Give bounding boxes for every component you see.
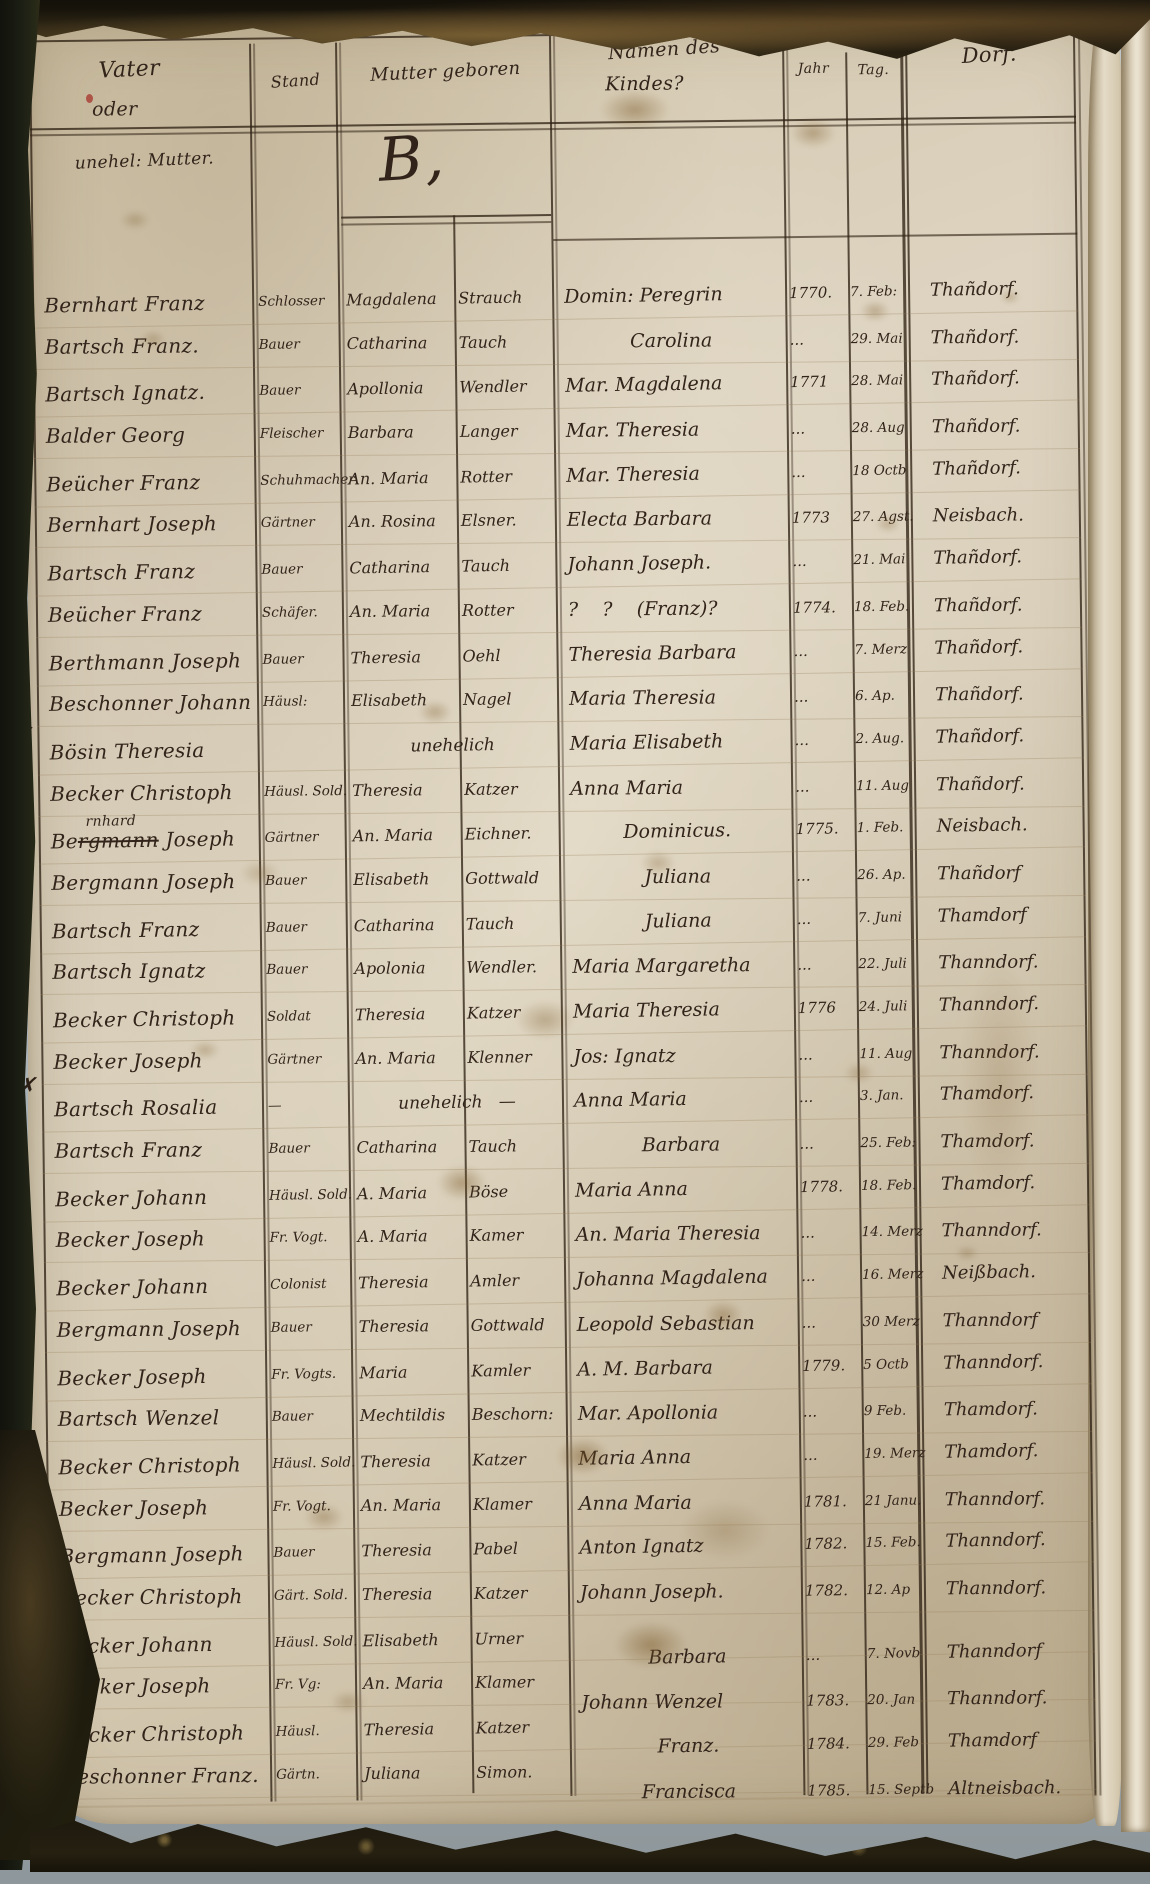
cell-birth-day: 22. Juli xyxy=(856,956,914,973)
cell-village: Thamdorf. xyxy=(917,1171,1089,1195)
cell-child-name: Theresia Barbara xyxy=(558,639,791,665)
cell-village: Thanndorf. xyxy=(921,1529,1093,1553)
cell-child-name: Mar. Theresia xyxy=(556,418,789,442)
cell-birth-year: ... xyxy=(795,955,856,974)
column-header-birth-year: Jahr xyxy=(783,60,843,77)
cell-child-name: Maria Anna xyxy=(568,1444,801,1470)
cell-mother-maidenname: Rotter xyxy=(456,466,556,487)
cell-birth-year: 1776 xyxy=(796,998,857,1017)
column-header-child-2: Kindes? xyxy=(554,72,734,96)
cell-mother-firstname: An. Maria xyxy=(342,468,456,489)
cell-father-name: Bartsch Franz. xyxy=(33,332,255,358)
cell-birth-year: ... xyxy=(789,419,850,438)
cell-birth-day: 24. Juli xyxy=(857,998,915,1015)
cell-birth-year: 1775. xyxy=(794,819,855,838)
cell-mother-maidenname: Eichner. xyxy=(461,824,561,845)
cell-occupation: Bauer xyxy=(267,1319,353,1336)
cell-birth-day: 14. Merz xyxy=(860,1224,918,1241)
cell-village: Neißbach. xyxy=(918,1261,1090,1285)
cell-mother-firstname: An. Maria xyxy=(349,1048,463,1068)
cell-child-name: A. M. Barbara xyxy=(567,1354,800,1380)
cell-mother-firstname: Theresia xyxy=(353,1316,467,1336)
cell-birth-day: 5 Octb xyxy=(861,1355,919,1372)
cell-occupation: Bauer xyxy=(255,336,341,353)
cell-mother-maidenname: Oehl xyxy=(458,645,558,666)
cell-child-name: Johanna Magdalena xyxy=(566,1265,799,1291)
cell-birth-day: 26. Ap. xyxy=(855,866,913,883)
cell-occupation: Bauer xyxy=(269,1544,355,1561)
cell-child-name: Johann Joseph. xyxy=(557,550,790,576)
cell-birth-year: ... xyxy=(799,1223,860,1242)
cell-occupation: Soldat xyxy=(263,1007,349,1024)
cell-mother-maidenname: Tauch xyxy=(462,913,562,934)
cell-mother-firstname: Elisabeth xyxy=(347,869,461,889)
struck-text: rgmann xyxy=(78,828,159,853)
cell-mother-maidenname: Gottwald xyxy=(467,1315,567,1335)
cell-mother-firstname: Theresia xyxy=(344,647,458,668)
cell-birth-day: 3. Jan. xyxy=(858,1087,916,1104)
cell-birth-year: 1785. xyxy=(805,1781,866,1800)
cell-child-name: Anna Maria xyxy=(569,1490,802,1514)
cell-mother-firstname: An. Maria xyxy=(344,601,458,621)
cell-child-name: An. Maria Theresia xyxy=(566,1222,799,1246)
cell-birth-year: ... xyxy=(792,687,853,706)
cell-father-name: Berthmann Joseph xyxy=(36,647,258,675)
cell-birth-day: 21. Mai xyxy=(851,551,909,568)
cell-mother-maidenname: Katzer xyxy=(463,1002,563,1023)
cell-mother-firstname: A. Maria xyxy=(352,1227,466,1247)
cell-birth-year: ... xyxy=(797,1087,858,1106)
red-ink-speck xyxy=(86,94,93,103)
cell-mother-firstname: Catharina xyxy=(348,915,462,936)
cell-child-name: Juliana xyxy=(562,908,795,934)
correction-text: rnhard xyxy=(85,813,136,830)
cell-occupation: Gärtn. xyxy=(272,1765,358,1782)
cell-birth-day: 12. Ap xyxy=(864,1581,922,1598)
cell-occupation: Bauer xyxy=(261,872,347,889)
cell-birth-year: ... xyxy=(797,1134,858,1153)
cell-mother-firstname: Magdalena xyxy=(340,289,454,310)
cell-birth-year: ... xyxy=(794,866,855,885)
cell-child-name: Francisca xyxy=(572,1779,805,1803)
cell-father-name: Becker Joseph xyxy=(41,1047,263,1073)
cell-birth-day: 18. Feb. xyxy=(852,598,910,615)
cell-occupation: Bauer xyxy=(258,650,344,667)
cell-birth-year: ... xyxy=(795,909,856,928)
cell-birth-day: 9 Feb. xyxy=(862,1403,920,1420)
cell-mother-maidenname: Klenner xyxy=(463,1047,563,1067)
cell-occupation: Häusl. Sold. xyxy=(260,782,346,799)
cell-mother-maidenname: Tauch xyxy=(464,1136,564,1156)
cell-birth-year: ... xyxy=(791,640,852,659)
cell-mother-maidenname: Katzer xyxy=(460,779,560,799)
cell-village: Thañdorf. xyxy=(908,456,1080,480)
cell-village: Thanndorf. xyxy=(914,952,1086,975)
cell-birth-day: 19. Merz xyxy=(862,1445,920,1462)
cell-mother-firstname: An. Maria xyxy=(357,1674,471,1694)
cell-father-name: Beücher Franz xyxy=(34,469,256,497)
cell-village: Thañdorf. xyxy=(908,415,1080,438)
cell-father-name: Bartsch Wenzel xyxy=(46,1405,268,1431)
cell-mother-maidenname: Simon. xyxy=(472,1762,572,1782)
cell-mother-maidenname: Tauch xyxy=(455,332,555,352)
cell-occupation: Häusl. Sold. xyxy=(270,1633,356,1650)
cell-occupation: Gärt. Sold. xyxy=(270,1587,356,1604)
cell-occupation: Häusl: xyxy=(259,693,345,710)
cell-father-name: Becker Johann xyxy=(43,1184,265,1212)
cell-mother-firstname: Theresia xyxy=(346,780,460,800)
cell-birth-day: 6. Ap. xyxy=(853,688,911,705)
cell-mother-maidenname: Kamler xyxy=(467,1360,567,1381)
cell-birth-year: 1774. xyxy=(791,598,852,617)
cell-occupation: Fr. Vogt. xyxy=(269,1497,355,1514)
cell-village: Thamdorf. xyxy=(920,1398,1092,1421)
cell-child-name: Maria Theresia xyxy=(563,997,796,1023)
cell-occupation: Bauer xyxy=(257,561,343,578)
table-rule xyxy=(553,233,1077,241)
cell-occupation: Häusl. Sold. xyxy=(268,1454,354,1471)
cell-birth-day: 7. Feb: xyxy=(848,283,906,300)
register-sheet: Vater oder unehel: Mutter. Stand Mutter … xyxy=(0,0,1150,1884)
cell-mother-firstname: An. Rosina xyxy=(343,512,457,532)
cell-village: Thañdorf. xyxy=(912,773,1084,796)
cell-village: Thañdorf. xyxy=(907,326,1079,349)
cell-village: Thamdorf xyxy=(914,903,1086,927)
cell-birth-year: ... xyxy=(789,462,850,481)
cell-birth-day: 18 Octb xyxy=(850,462,908,479)
cell-occupation: Bauer xyxy=(255,382,341,399)
cell-mother-maidenname: Pabel xyxy=(469,1539,569,1560)
cell-occupation: — xyxy=(264,1097,350,1114)
cell-child-name: Domin: Peregrin xyxy=(554,282,787,308)
cell-mother-firstname: Apollonia xyxy=(341,378,455,399)
cell-child-name: Juliana xyxy=(561,865,794,889)
cell-mother-firstname: Theresia xyxy=(349,1004,463,1025)
cell-village: Thañdorf. xyxy=(910,635,1082,659)
cell-birth-day: 27. Agst. xyxy=(851,509,909,526)
cell-occupation: Colonist xyxy=(266,1275,352,1292)
cell-child-name: Anna Maria xyxy=(564,1086,797,1112)
cell-birth-day: 1. Feb. xyxy=(855,819,913,836)
cell-mother-firstname: An. Maria xyxy=(347,825,461,846)
cell-village: Thanndorf xyxy=(919,1309,1091,1332)
cell-occupation: Schäfer. xyxy=(258,604,344,621)
cell-occupation: Bauer xyxy=(262,918,348,935)
cell-birth-day: 7. Juni xyxy=(856,909,914,926)
cell-child-name: Barbara xyxy=(564,1133,797,1157)
table-row: Beschonner Franz.Gärtn.JulianaSimon.Fran… xyxy=(50,1745,1096,1800)
cell-birth-day: 11. Aug xyxy=(854,777,912,794)
cell-birth-day: 18. Feb. xyxy=(859,1177,917,1194)
cell-father-name: Bergmann Joseph xyxy=(45,1315,267,1341)
cell-child-name: Maria Margaretha xyxy=(562,954,795,978)
cell-mother-maidenname: Katzer xyxy=(468,1449,568,1470)
cell-birth-year: 1781. xyxy=(802,1492,863,1511)
cell-father-name: Bartsch Franz xyxy=(40,915,262,943)
cell-village: Thanndorf. xyxy=(915,1041,1087,1064)
cell-child-name: Leopold Sebastian xyxy=(567,1311,800,1335)
cell-child-name: Anna Maria xyxy=(560,775,793,799)
cell-mother-firstname: Elisabeth xyxy=(345,690,459,710)
cell-mother-firstname: An. Maria xyxy=(355,1495,469,1515)
cell-child-name: Electa Barbara xyxy=(557,507,790,531)
cell-birth-year: 1771 xyxy=(788,372,849,391)
cell-mother-firstname: Juliana xyxy=(358,1763,472,1783)
cell-occupation: Gärtner xyxy=(263,1051,349,1068)
cell-birth-day: 16. Merz xyxy=(860,1266,918,1283)
cell-birth-day: 11. Aug xyxy=(857,1045,915,1062)
cell-birth-year: ... xyxy=(800,1313,861,1332)
cell-child-name: Maria Elisabeth xyxy=(559,729,792,755)
cell-mother-firstname: Catharina xyxy=(343,557,457,578)
cell-mother-firstname: Catharina xyxy=(341,333,455,353)
cell-father-name: Becker Johann xyxy=(44,1273,266,1301)
cell-village: Thañdorf. xyxy=(911,683,1083,706)
cell-village: Thanndorf. xyxy=(919,1350,1091,1374)
cell-father-name: Beücher Franz xyxy=(36,601,258,627)
cell-father-name: Bernhardrgmann Joseph xyxy=(39,826,261,854)
cell-birth-year: ... xyxy=(793,777,854,796)
cell-village: Thañdorf. xyxy=(906,278,1078,302)
cell-child-name: Anton Ignatz xyxy=(569,1533,802,1559)
cell-birth-year: ... xyxy=(801,1445,862,1464)
cell-occupation xyxy=(260,747,346,748)
cell-village: Thañdorf. xyxy=(907,367,1079,391)
cell-mother-firstname: Maria xyxy=(353,1361,467,1382)
section-letter-b: B, xyxy=(376,122,448,196)
cell-mother-unwed-note: unehelich — xyxy=(350,1091,564,1115)
cell-father-name: Becker Christoph xyxy=(48,1584,270,1610)
cell-birth-day: 25. Feb: xyxy=(858,1134,916,1151)
cell-village: Thañdorf xyxy=(913,862,1085,885)
cell-father-name: Bartsch Franz xyxy=(42,1137,264,1163)
cell-mother-maidenname: Tauch xyxy=(457,555,557,576)
cell-mother-firstname: Catharina xyxy=(350,1137,464,1157)
cell-mother-firstname: Apolonia xyxy=(348,959,462,979)
cell-mother-maidenname: Katzer xyxy=(471,1717,571,1738)
cell-father-name: Becker Christoph xyxy=(46,1452,268,1480)
cell-mother-maidenname: Wendler. xyxy=(462,958,562,978)
cell-father-name: Balder Georg xyxy=(34,422,256,448)
cell-mother-maidenname: Klamer xyxy=(469,1494,569,1514)
cell-father-name: Bösin Theresia xyxy=(37,737,259,765)
cell-child-name: Johann Joseph. xyxy=(570,1579,803,1603)
cell-village: Neisbach. xyxy=(912,814,1084,838)
column-header-unwed-mother: unehel: Mutter. xyxy=(34,147,255,175)
scanned-register-page: Vater oder unehel: Mutter. Stand Mutter … xyxy=(0,0,1150,1884)
cell-mother-maidenname: Kamer xyxy=(466,1226,566,1246)
cell-mother-maidenname: Katzer xyxy=(470,1583,570,1603)
register-table-body: Bernhart FranzSchlosserMagdalenaStrauchD… xyxy=(32,269,1096,1801)
cell-mother-firstname: Theresia xyxy=(357,1719,471,1740)
cell-mother-firstname: Theresia xyxy=(352,1272,466,1293)
cell-mother-firstname: Mechtildis xyxy=(354,1405,468,1425)
cell-birth-year: 1770. xyxy=(787,283,848,302)
cell-village: Thañdorf. xyxy=(910,594,1082,617)
cell-occupation: Häusl. xyxy=(272,1722,358,1739)
cell-mother-maidenname: Rotter xyxy=(458,600,558,620)
cell-birth-year: ... xyxy=(799,1266,860,1285)
cell-birth-year: 1773 xyxy=(790,508,851,527)
cell-father-name: Bergmann Joseph xyxy=(39,869,261,895)
cell-father-name: Beschonner Johann xyxy=(37,690,259,716)
cell-mother-unwed-note: unehelich xyxy=(345,734,559,758)
cell-mother-firstname: Theresia xyxy=(355,1540,469,1561)
cell-occupation: Fr. Vg: xyxy=(271,1676,357,1693)
cell-occupation: Bauer xyxy=(268,1408,354,1425)
cell-occupation: Häusl. Sold. xyxy=(265,1186,351,1203)
cell-occupation: Bauer xyxy=(264,1140,350,1157)
cell-child-name: Mar. Magdalena xyxy=(555,371,788,397)
cell-village: Thanndorf. xyxy=(921,1488,1093,1511)
cell-birth-day: 28. Mai xyxy=(849,372,907,389)
cell-child-name: Maria Theresia xyxy=(559,686,792,710)
cell-father-name: Bernhart Joseph xyxy=(35,511,257,537)
cell-birth-day: 30 Merz xyxy=(861,1313,919,1330)
cell-birth-day: 28. Aug xyxy=(850,420,908,437)
cell-village: Neisbach. xyxy=(909,505,1081,528)
column-header-father: Vater xyxy=(49,53,210,86)
cell-birth-year: 1782. xyxy=(802,1534,863,1553)
cell-father-name: Bergmann Joseph xyxy=(47,1541,269,1569)
cell-birth-day: 29. Mai xyxy=(849,330,907,347)
cell-birth-day: 15. Septb xyxy=(866,1781,924,1798)
cell-father-name: Bartsch Franz xyxy=(35,558,257,586)
cell-child-name: Mar. Theresia xyxy=(556,461,789,487)
cell-father-name: Becker Joseph xyxy=(44,1226,266,1252)
cell-birth-year: ... xyxy=(796,1045,857,1064)
cell-father-name: Bartsch Ignatz. xyxy=(33,379,255,407)
cell-birth-year: ... xyxy=(790,551,851,570)
cell-child-name: Jos: Ignatz xyxy=(563,1043,796,1067)
cell-mother-maidenname: Böse xyxy=(465,1181,565,1202)
cell-birth-year: ... xyxy=(801,1402,862,1421)
cell-child-name: Carolina xyxy=(555,328,788,352)
column-header-birth-day: Tag. xyxy=(845,62,901,79)
cell-father-name: Becker Christoph xyxy=(41,1005,263,1033)
cell-mother-firstname: Theresia xyxy=(354,1451,468,1472)
cell-child-name: Mar. Apollonia xyxy=(568,1401,801,1425)
cell-occupation: Bauer xyxy=(262,961,348,978)
cell-village: Altneisbach. xyxy=(924,1777,1096,1800)
column-header-stand: Stand xyxy=(253,68,338,92)
cell-occupation: Gärtner xyxy=(261,829,347,846)
cell-child-name: ? ? (Franz)? xyxy=(558,596,791,620)
cell-mother-maidenname: Elsner. xyxy=(457,511,557,531)
cell-mother-maidenname: Klamer xyxy=(471,1673,571,1693)
cell-occupation: Schlosser xyxy=(254,292,340,309)
cell-birth-year: 1782. xyxy=(803,1581,864,1600)
cell-birth-day: 15. Feb. xyxy=(863,1534,921,1551)
cell-birth-day: 7. Merz xyxy=(852,641,910,658)
section-underline xyxy=(341,221,551,225)
column-header-mother: Mutter geboren xyxy=(339,56,552,87)
cell-mother-maidenname: Amler xyxy=(466,1270,566,1291)
cell-mother-firstname: Theresia xyxy=(356,1584,470,1604)
column-header-father-oder: oder xyxy=(70,98,160,121)
cell-mother-maidenname: Nagel xyxy=(459,690,559,710)
cell-father-name: Bernhart Franz xyxy=(32,290,254,318)
cell-occupation: Fr. Vogt. xyxy=(266,1229,352,1246)
cell-father-name: Becker Joseph xyxy=(45,1362,267,1390)
cell-mother-maidenname: Wendler xyxy=(455,377,555,398)
cell-village: Thamdorf. xyxy=(916,1082,1088,1106)
cell-occupation: Gärtner xyxy=(257,514,343,531)
cell-village: Thanndorf. xyxy=(917,1220,1089,1243)
cell-birth-year: 1778. xyxy=(798,1177,859,1196)
cell-mother-maidenname: Strauch xyxy=(454,287,554,308)
section-underline xyxy=(341,214,551,218)
cell-occupation: Fleischer xyxy=(256,425,342,442)
cell-mother-maidenname: Langer xyxy=(456,421,556,441)
cell-child-name: Dominicus. xyxy=(561,818,794,844)
cell-father-name: Becker Christoph xyxy=(38,779,260,805)
cell-village: Thañdorf. xyxy=(909,546,1081,570)
cell-village: Thanndorf. xyxy=(922,1577,1094,1600)
cell-village: Thamdorf. xyxy=(920,1439,1092,1463)
cell-occupation: Fr. Vogts. xyxy=(267,1365,353,1382)
cell-village: Thañdorf. xyxy=(911,725,1083,749)
cell-birth-day: 2. Aug. xyxy=(853,730,911,747)
cell-father-name: Bartsch Ignatz xyxy=(40,958,262,984)
cell-birth-day: 21 Janu. xyxy=(863,1492,921,1509)
cell-birth-year: 1779. xyxy=(800,1355,861,1374)
cell-mother-maidenname: Gottwald xyxy=(461,868,561,888)
cell-father-name: Bartsch Rosalia xyxy=(42,1094,264,1122)
cell-village: Thamdorf. xyxy=(916,1130,1088,1153)
cell-mother-maidenname: Beschorn: xyxy=(468,1404,568,1424)
cell-father-name: Becker Joseph xyxy=(47,1494,269,1520)
cell-village: Thanndorf. xyxy=(915,993,1087,1017)
cell-occupation: Schuhmacher xyxy=(256,471,342,488)
cell-mother-firstname: A. Maria xyxy=(351,1183,465,1204)
cell-birth-year: ... xyxy=(792,730,853,749)
cell-mother-firstname: Barbara xyxy=(342,422,456,442)
cell-mother-firstname: Elisabeth xyxy=(356,1630,470,1651)
cell-mother-maidenname: Urner xyxy=(470,1628,570,1649)
cell-child-name: Maria Anna xyxy=(565,1176,798,1202)
cell-birth-year: ... xyxy=(788,330,849,349)
